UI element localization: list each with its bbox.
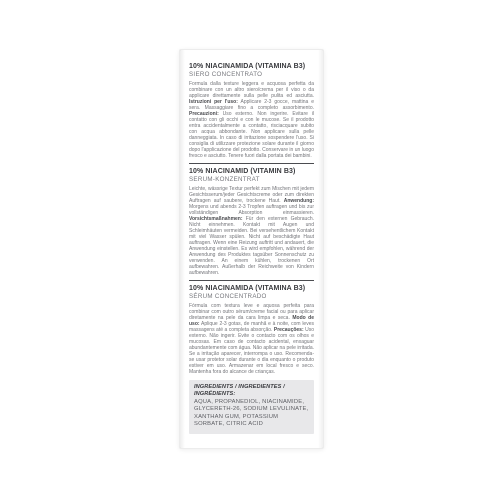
product-package-back-panel: 10% NIACINAMIDA (VITAMINA B3) SIERO CONC… (179, 49, 324, 449)
section-subtitle-portuguese: SÉRUM CONCENTRADO (189, 293, 314, 300)
section-divider (189, 163, 314, 164)
section-title-german: 10% NIACINAMID (VITAMIN B3) (189, 168, 314, 176)
ingredients-list: AQUA, PROPANEDIOL, NIACINAMIDE, GLYCERET… (194, 399, 309, 429)
product-info-section-italian: 10% NIACINAMIDA (VITAMINA B3) SIERO CONC… (189, 63, 314, 159)
section-body-portuguese: Fórmula com textura leve e aquosa perfei… (189, 303, 314, 375)
section-title-portuguese: 10% NIACINAMIDA (VITAMINA B3) (189, 285, 314, 293)
product-info-section-portuguese: 10% NIACINAMIDA (VITAMINA B3) SÉRUM CONC… (189, 285, 314, 375)
ingredients-title: INGREDIENTS / INGREDIENTES / INGRÉDIENTS… (194, 384, 309, 398)
section-subtitle-german: SERUM-KONZENTRAT (189, 176, 314, 183)
product-info-section-german: 10% NIACINAMID (VITAMIN B3) SERUM-KONZEN… (189, 168, 314, 276)
page-background: 10% NIACINAMIDA (VITAMINA B3) SIERO CONC… (0, 0, 500, 500)
section-body-italian: Formula dalla texture leggera e acquosa … (189, 81, 314, 159)
section-subtitle-italian: SIERO CONCENTRATO (189, 71, 314, 78)
section-divider (189, 280, 314, 281)
section-title-italian: 10% NIACINAMIDA (VITAMINA B3) (189, 63, 314, 71)
section-body-german: Leichte, wässrige Textur perfekt zum Mis… (189, 186, 314, 276)
ingredients-box: INGREDIENTS / INGREDIENTES / INGRÉDIENTS… (189, 380, 314, 434)
